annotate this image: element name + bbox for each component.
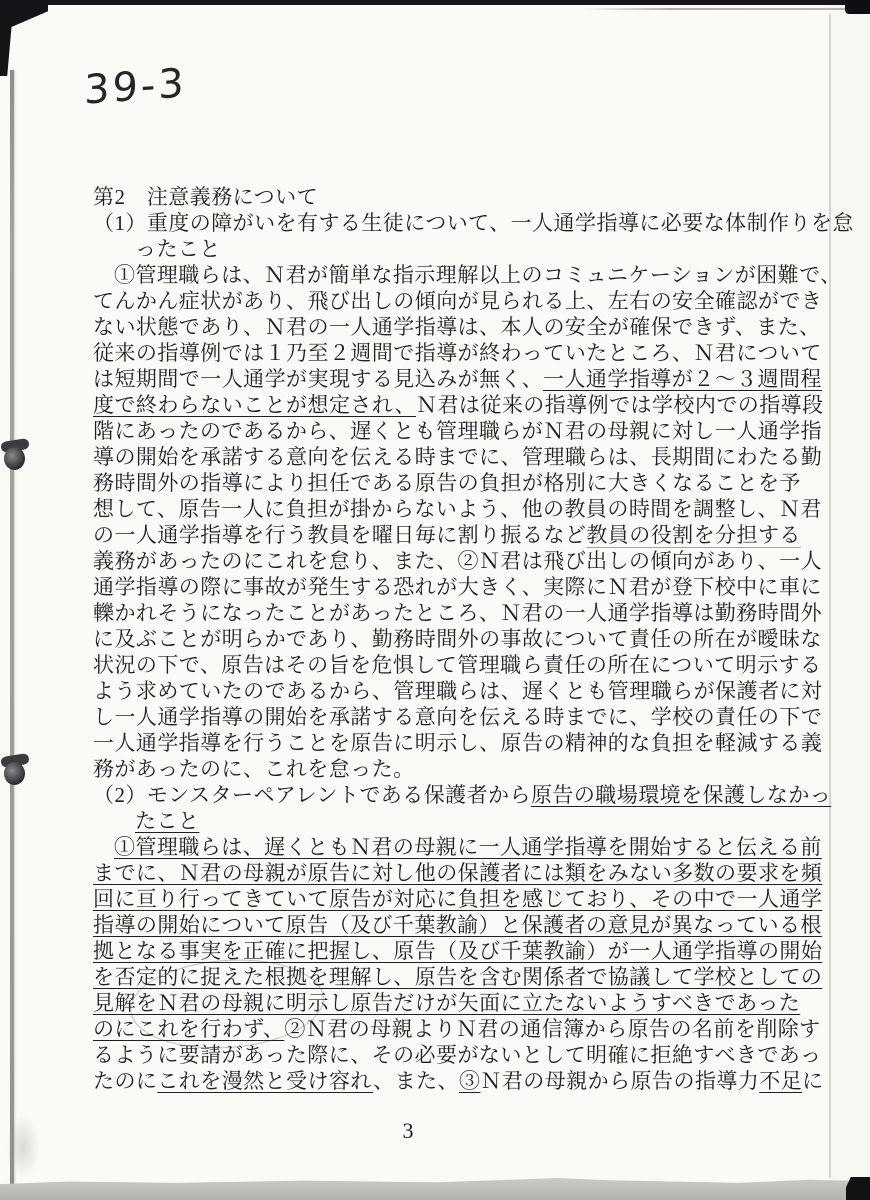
text-line: ①管理職らは、遅くともＮ君の母親に一人通学指導を開始すると伝える前 (93, 834, 815, 860)
text-segment: ①管理職らは、Ｎ君が簡単な指示理解以上のコミュニケーションが困難で、 (114, 263, 842, 287)
scan-bottom-band (0, 1178, 870, 1200)
text-segment: 状況の下で、原告はその旨を危惧して管理職ら責任の所在について明示する (93, 653, 821, 677)
text-line: 度で終わらないことが想定され、Ｎ君は従来の指導例では学校内での指導段 (93, 392, 815, 418)
text-line: たのにこれを漫然と受け容れ、また、③Ｎ君の母親から原告の指導力不足に (93, 1068, 815, 1094)
text-segment: の一人通学指導を行う教員を曜日毎に割り振るなど (93, 523, 586, 547)
binder-ring-icon (1, 438, 29, 472)
text-line: （2）モンスターペアレントである保護者から原告の職場環境を保護しなかっ (93, 782, 815, 808)
text-block: 第2 注意義務について（1）重度の障がいを有する生徒について、一人通学指導に必要… (93, 184, 815, 1094)
underlined-text: 指導の開始について原告（及び千葉教諭）と保護者の意見が異なっている根 (93, 913, 822, 937)
text-line: ない状態であり、Ｎ君の一人通学指導は、本人の安全が確保できず、また、 (93, 314, 815, 340)
text-line: 第2 注意義務について (93, 184, 815, 210)
text-segment: （1）重度の障がいを有する生徒について、一人通学指導に必要な体制作りを怠 (93, 211, 854, 235)
text-line: に及ぶことが明らかであり、勤務時間外の事故について責任の所在が曖昧な (93, 626, 815, 652)
scan-corner-mark-top-left (0, 4, 48, 76)
underlined-text: を否定的に捉えた根拠を理解し、原告を含む関係者で協議して学校としての (93, 965, 822, 989)
text-segment: るように要請があった際に、その必要がないとして明確に拒絶すべきであっ (93, 1043, 821, 1067)
text-segment: 通学指導の際に事故が発生する恐れが大きく、実際にＮ君が登下校中に車に (93, 575, 822, 599)
text-line: たこと (93, 808, 815, 834)
text-segment: ったこと (135, 237, 221, 261)
underlined-text: 度で終わらないことが想定され、 (93, 393, 416, 417)
page-number: 3 (0, 1118, 816, 1144)
scan-corner-mark-top-right (845, 0, 870, 14)
text-line: 回に亘り行ってきていて原告が対応に負担を感じており、その中で一人通学 (93, 886, 815, 912)
text-line: のにこれを行わず、②Ｎ君の母親よりＮ君の通信簿から原告の名前を削除す (93, 1016, 815, 1042)
text-segment: 務時間外の指導により担任である原告の負担が格別に大きくなることを予 (93, 471, 801, 495)
text-segment: 轢かれそうになったことがあったところ、Ｎ君の一人通学指導は勤務時間外 (93, 601, 822, 625)
text-line: 導の開始を承諾する意向を伝える時までに、管理職らは、長期間にわたる勤 (93, 444, 815, 470)
binder-spine-edge (10, 70, 14, 1200)
text-line: 階にあったのであるから、遅くとも管理職らがＮ君の母親に対し一人通学指 (93, 418, 815, 444)
underlined-text: ③ (459, 1069, 480, 1093)
scanned-page: 39-3 第2 注意義務について（1）重度の障がいを有する生徒について、一人通学… (0, 0, 870, 1200)
underlined-text: ①管理職らは、遅くともＮ君の母親に一人通学指導を開始すると伝える前 (114, 835, 822, 859)
text-line: ①管理職らは、Ｎ君が簡単な指示理解以上のコミュニケーションが困難で、 (93, 262, 815, 288)
text-segment: 一人通学指導を行うことを原告に明示し、原告の精神的な負担を軽減する義 (93, 731, 822, 755)
text-line: 通学指導の際に事故が発生する恐れが大きく、実際にＮ君が登下校中に車に (93, 574, 815, 600)
page-right-edge-line (829, 14, 831, 1178)
text-line: るように要請があった際に、その必要がないとして明確に拒絶すべきであっ (93, 1042, 815, 1068)
text-segment: に (802, 1069, 823, 1093)
underlined-text: 一人通学指導が２～３週間程 (543, 367, 822, 391)
text-segment: 務があったのに、これを怠った。 (93, 757, 415, 781)
text-segment: ない状態であり、Ｎ君の一人通学指導は、本人の安全が確保できず、また、 (93, 315, 821, 339)
scan-corner-mark-bottom-right (846, 1177, 870, 1200)
text-line: 義務があったのにこれを怠り、また、②Ｎ君は飛び出しの傾向があり、一人 (93, 548, 815, 574)
underlined-text: 拠となる事実を正確に把握し、原告（及び千葉教諭）が一人通学指導の開始 (93, 939, 822, 963)
text-segment: 第2 注意義務について (93, 185, 318, 209)
text-line: よう求めていたのであるから、管理職らは、遅くとも管理職らが保護者に対 (93, 678, 815, 704)
text-segment: 想して、原告一人に負担が掛からないよう、他の教員の時間を調整し、Ｎ君 (93, 497, 822, 521)
binder-ring-knob (4, 447, 25, 470)
text-segment: よう求めていたのであるから、管理職らは、遅くとも管理職らが保護者に対 (93, 679, 822, 703)
text-line: 務時間外の指導により担任である原告の負担が格別に大きくなることを予 (93, 470, 815, 496)
text-segment: （2）モンスターペアレントである保護者から (93, 783, 531, 807)
text-line: 指導の開始について原告（及び千葉教諭）と保護者の意見が異なっている根 (93, 912, 815, 938)
text-segment: てんかん症状があり、飛び出しの傾向が見られる上、左右の安全確認ができ (93, 289, 822, 313)
text-segment: ②Ｎ君の母親よりＮ君の通信簿から原告の名前を削除す (284, 1017, 820, 1041)
underlined-text: のにこれを行わず、 (93, 1017, 284, 1041)
underlined-text: 不足 (759, 1069, 802, 1093)
underlined-text: たこと (135, 809, 199, 833)
text-segment: たのに (93, 1069, 157, 1093)
binder-ring-knob (4, 762, 25, 785)
text-segment: 階にあったのであるから、遅くとも管理職らがＮ君の母親に対し一人通学指 (93, 419, 822, 443)
text-line: 見解をＮ君の母親に明示し原告だけが矢面に立たないようすべきであった (93, 990, 815, 1016)
text-segment: は短期間で一人通学が実現する見込みが無く、 (93, 367, 543, 391)
underlined-text: 原告の職場環境を保護しなかっ (531, 783, 831, 807)
underlined-text: これを漫然と受け容れ (157, 1069, 373, 1093)
pencil-underlined-text: 教員の役割を分担する (586, 523, 801, 547)
text-line: 想して、原告一人に負担が掛からないよう、他の教員の時間を調整し、Ｎ君 (93, 496, 815, 522)
handwritten-label: 39-3 (84, 60, 187, 113)
text-segment: Ｎ君の母親から原告の指導力 (480, 1069, 759, 1093)
binder-ring-icon (1, 753, 29, 787)
text-line: 一人通学指導を行うことを原告に明示し、原告の精神的な負担を軽減する義 (93, 730, 815, 756)
text-line: 拠となる事実を正確に把握し、原告（及び千葉教諭）が一人通学指導の開始 (93, 938, 815, 964)
text-segment: 義務があったのにこれを怠り、また、②Ｎ君は飛び出しの傾向があり、一人 (93, 549, 822, 573)
text-line: は短期間で一人通学が実現する見込みが無く、一人通学指導が２～３週間程 (93, 366, 815, 392)
text-line: てんかん症状があり、飛び出しの傾向が見られる上、左右の安全確認ができ (93, 288, 815, 314)
text-segment: 、また、 (373, 1069, 459, 1093)
text-line: し一人通学指導の開始を承諾する意向を伝える時までに、学校の責任の下で (93, 704, 815, 730)
text-line: ったこと (93, 236, 815, 262)
text-line: 轢かれそうになったことがあったところ、Ｎ君の一人通学指導は勤務時間外 (93, 600, 815, 626)
underlined-text: 見解をＮ君の母親に明示し原告だけが矢面に立たないようすべきであった (93, 991, 800, 1015)
scan-top-shadow (583, 8, 868, 10)
text-segment: 従来の指導例では１乃至２週間で指導が終わっていたところ、Ｎ君について (93, 341, 822, 365)
text-line: （1）重度の障がいを有する生徒について、一人通学指導に必要な体制作りを怠 (93, 210, 815, 236)
text-segment: 導の開始を承諾する意向を伝える時までに、管理職らは、長期間にわたる勤 (93, 445, 822, 469)
text-line: 従来の指導例では１乃至２週間で指導が終わっていたところ、Ｎ君について (93, 340, 815, 366)
text-segment: に及ぶことが明らかであり、勤務時間外の事故について責任の所在が曖昧な (93, 627, 822, 651)
scan-top-band (0, 0, 870, 5)
text-line: を否定的に捉えた根拠を理解し、原告を含む関係者で協議して学校としての (93, 964, 815, 990)
text-segment: し一人通学指導の開始を承諾する意向を伝える時までに、学校の責任の下で (93, 705, 822, 729)
text-line: 務があったのに、これを怠った。 (93, 756, 815, 782)
page-edge-backdrop (831, 0, 870, 1200)
underlined-text: 回に亘り行ってきていて原告が対応に負担を感じており、その中で一人通学 (93, 887, 822, 911)
text-line: 状況の下で、原告はその旨を危惧して管理職ら責任の所在について明示する (93, 652, 815, 678)
text-line: までに、Ｎ君の母親が原告に対し他の保護者には類をみない多数の要求を頻 (93, 860, 815, 886)
underlined-text: までに、Ｎ君の母親が原告に対し他の保護者には類をみない多数の要求を頻 (93, 861, 822, 885)
text-line: の一人通学指導を行う教員を曜日毎に割り振るなど教員の役割を分担する (93, 522, 815, 548)
text-segment: Ｎ君は従来の指導例では学校内での指導段 (416, 393, 824, 417)
